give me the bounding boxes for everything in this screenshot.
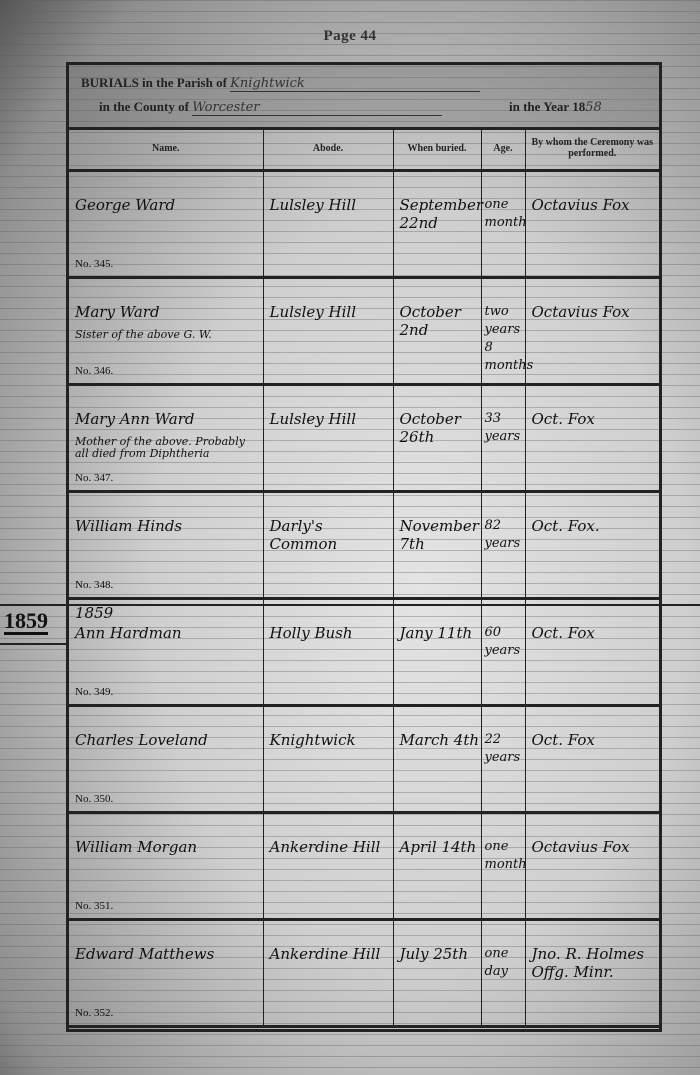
- when-buried-cell: March 4th: [393, 706, 481, 813]
- abode-cell: Darly's Common: [263, 492, 393, 599]
- margin-year: 1859: [4, 610, 48, 635]
- when-buried-cell: November 7th: [393, 492, 481, 599]
- officiant: Jno. R. Holmes Offg. Minr.: [532, 945, 656, 981]
- abode: Holly Bush: [270, 624, 388, 642]
- register-page: Page 44 1859 BURIALS in the Parish of Kn…: [0, 0, 700, 1075]
- parish-name: Knightwick: [230, 76, 480, 92]
- officiant: Oct. Fox.: [532, 517, 656, 535]
- abode-cell: Lulsley Hill: [263, 385, 393, 492]
- burial-date: Jany 11th: [400, 624, 480, 642]
- deceased-name: William Hinds: [75, 517, 182, 535]
- parish-line: BURIALS in the Parish of Knightwick: [81, 75, 480, 92]
- officiant-cell: Octavius Fox: [525, 813, 659, 920]
- burial-register-table-frame: BURIALS in the Parish of Knightwick in t…: [66, 62, 662, 1032]
- table-row: Mary Ann WardMother of the above. Probab…: [69, 385, 659, 492]
- name-cell: 1859Ann HardmanNo. 349.: [69, 599, 263, 706]
- age-cell: 82 years: [481, 492, 525, 599]
- age: two years 8 months: [485, 303, 523, 375]
- county-line: in the County of Worcester: [99, 99, 442, 116]
- officiant: Octavius Fox: [532, 196, 656, 214]
- register-header: BURIALS in the Parish of Knightwick in t…: [69, 65, 659, 130]
- col-officiant: By whom the Ceremony was performed.: [525, 127, 659, 171]
- burial-date: March 4th: [400, 731, 480, 749]
- table-row: William HindsNo. 348.Darly's CommonNovem…: [69, 492, 659, 599]
- abode: Lulsley Hill: [270, 196, 388, 214]
- entry-number: No. 348.: [75, 579, 113, 591]
- burial-table: Name. Abode. When buried. Age. By whom t…: [69, 127, 659, 1028]
- deceased-name: George Ward: [75, 196, 175, 214]
- col-when-buried: When buried.: [393, 127, 481, 171]
- burial-date: October 2nd: [400, 303, 480, 339]
- deceased-name: William Morgan: [75, 838, 197, 856]
- table-row: George WardNo. 345.Lulsley HillSeptember…: [69, 171, 659, 278]
- abode-cell: Holly Bush: [263, 599, 393, 706]
- burial-date: July 25th: [400, 945, 480, 963]
- name-cell: William MorganNo. 351.: [69, 813, 263, 920]
- age-cell: one day: [481, 920, 525, 1027]
- age: 22 years: [485, 731, 523, 767]
- burial-date: September 22nd: [400, 196, 480, 232]
- age: one month: [485, 196, 523, 232]
- officiant: Octavius Fox: [532, 838, 656, 856]
- age-cell: 22 years: [481, 706, 525, 813]
- officiant-cell: Oct. Fox.: [525, 492, 659, 599]
- col-abode: Abode.: [263, 127, 393, 171]
- age: one day: [485, 945, 523, 981]
- burial-date: November 7th: [400, 517, 480, 553]
- abode: Ankerdine Hill: [270, 838, 388, 856]
- entry-note: Mother of the above. Probably all died f…: [75, 436, 255, 460]
- name-cell: Edward MatthewsNo. 352.: [69, 920, 263, 1027]
- deceased-name: Mary Ward: [75, 303, 160, 321]
- when-buried-cell: July 25th: [393, 920, 481, 1027]
- officiant: Octavius Fox: [532, 303, 656, 321]
- name-cell: George WardNo. 345.: [69, 171, 263, 278]
- abode-cell: Ankerdine Hill: [263, 813, 393, 920]
- age: 33 years: [485, 410, 523, 446]
- when-buried-cell: October 2nd: [393, 278, 481, 385]
- table-row: William MorganNo. 351.Ankerdine HillApri…: [69, 813, 659, 920]
- abode-cell: Knightwick: [263, 706, 393, 813]
- burial-date: October 26th: [400, 410, 480, 446]
- abode: Knightwick: [270, 731, 388, 749]
- table-row: 1859Ann HardmanNo. 349.Holly BushJany 11…: [69, 599, 659, 706]
- officiant-cell: Octavius Fox: [525, 171, 659, 278]
- entry-number: No. 346.: [75, 365, 113, 377]
- age-cell: 33 years: [481, 385, 525, 492]
- when-buried-cell: October 26th: [393, 385, 481, 492]
- entry-number: No. 350.: [75, 793, 113, 805]
- when-buried-cell: Jany 11th: [393, 599, 481, 706]
- abode-cell: Lulsley Hill: [263, 171, 393, 278]
- officiant: Oct. Fox: [532, 731, 656, 749]
- age: 60 years: [485, 624, 523, 660]
- when-buried-cell: April 14th: [393, 813, 481, 920]
- entry-number: No. 351.: [75, 900, 113, 912]
- age-cell: one month: [481, 171, 525, 278]
- when-buried-cell: September 22nd: [393, 171, 481, 278]
- name-cell: William HindsNo. 348.: [69, 492, 263, 599]
- deceased-name: Edward Matthews: [75, 945, 214, 963]
- officiant: Oct. Fox: [532, 410, 656, 428]
- officiant: Oct. Fox: [532, 624, 656, 642]
- officiant-cell: Oct. Fox: [525, 599, 659, 706]
- age-cell: two years 8 months: [481, 278, 525, 385]
- abode: Darly's Common: [270, 517, 388, 553]
- burial-date: April 14th: [400, 838, 480, 856]
- abode: Ankerdine Hill: [270, 945, 388, 963]
- entry-number: No. 345.: [75, 258, 113, 270]
- deceased-name: Charles Loveland: [75, 731, 208, 749]
- col-age: Age.: [481, 127, 525, 171]
- deceased-name: Ann Hardman: [75, 624, 182, 642]
- officiant-cell: Oct. Fox: [525, 706, 659, 813]
- abode: Lulsley Hill: [270, 410, 388, 428]
- officiant-cell: Octavius Fox: [525, 278, 659, 385]
- name-cell: Mary Ann WardMother of the above. Probab…: [69, 385, 263, 492]
- deceased-name: Mary Ann Ward: [75, 410, 194, 428]
- margin-year-underline: [0, 643, 68, 645]
- col-name: Name.: [69, 127, 263, 171]
- name-cell: Mary WardSister of the above G. W.No. 34…: [69, 278, 263, 385]
- year-value: 58: [585, 100, 602, 115]
- county-name: Worcester: [192, 100, 442, 116]
- age-cell: 60 years: [481, 599, 525, 706]
- table-row: Charles LovelandNo. 350.KnightwickMarch …: [69, 706, 659, 813]
- table-row: Edward MatthewsNo. 352.Ankerdine HillJul…: [69, 920, 659, 1027]
- age-cell: one month: [481, 813, 525, 920]
- abode-cell: Lulsley Hill: [263, 278, 393, 385]
- year-note: 1859: [75, 604, 113, 622]
- abode-cell: Ankerdine Hill: [263, 920, 393, 1027]
- entry-number: No. 347.: [75, 472, 113, 484]
- name-cell: Charles LovelandNo. 350.: [69, 706, 263, 813]
- officiant-cell: Oct. Fox: [525, 385, 659, 492]
- age: one month: [485, 838, 523, 874]
- column-headers: Name. Abode. When buried. Age. By whom t…: [69, 127, 659, 171]
- entry-number: No. 352.: [75, 1007, 113, 1019]
- year-line: in the Year 1858: [509, 99, 602, 115]
- abode: Lulsley Hill: [270, 303, 388, 321]
- entry-number: No. 349.: [75, 686, 113, 698]
- page-number: Page 44: [0, 28, 700, 45]
- officiant-cell: Jno. R. Holmes Offg. Minr.: [525, 920, 659, 1027]
- table-row: Mary WardSister of the above G. W.No. 34…: [69, 278, 659, 385]
- entry-note: Sister of the above G. W.: [75, 329, 255, 341]
- age: 82 years: [485, 517, 523, 553]
